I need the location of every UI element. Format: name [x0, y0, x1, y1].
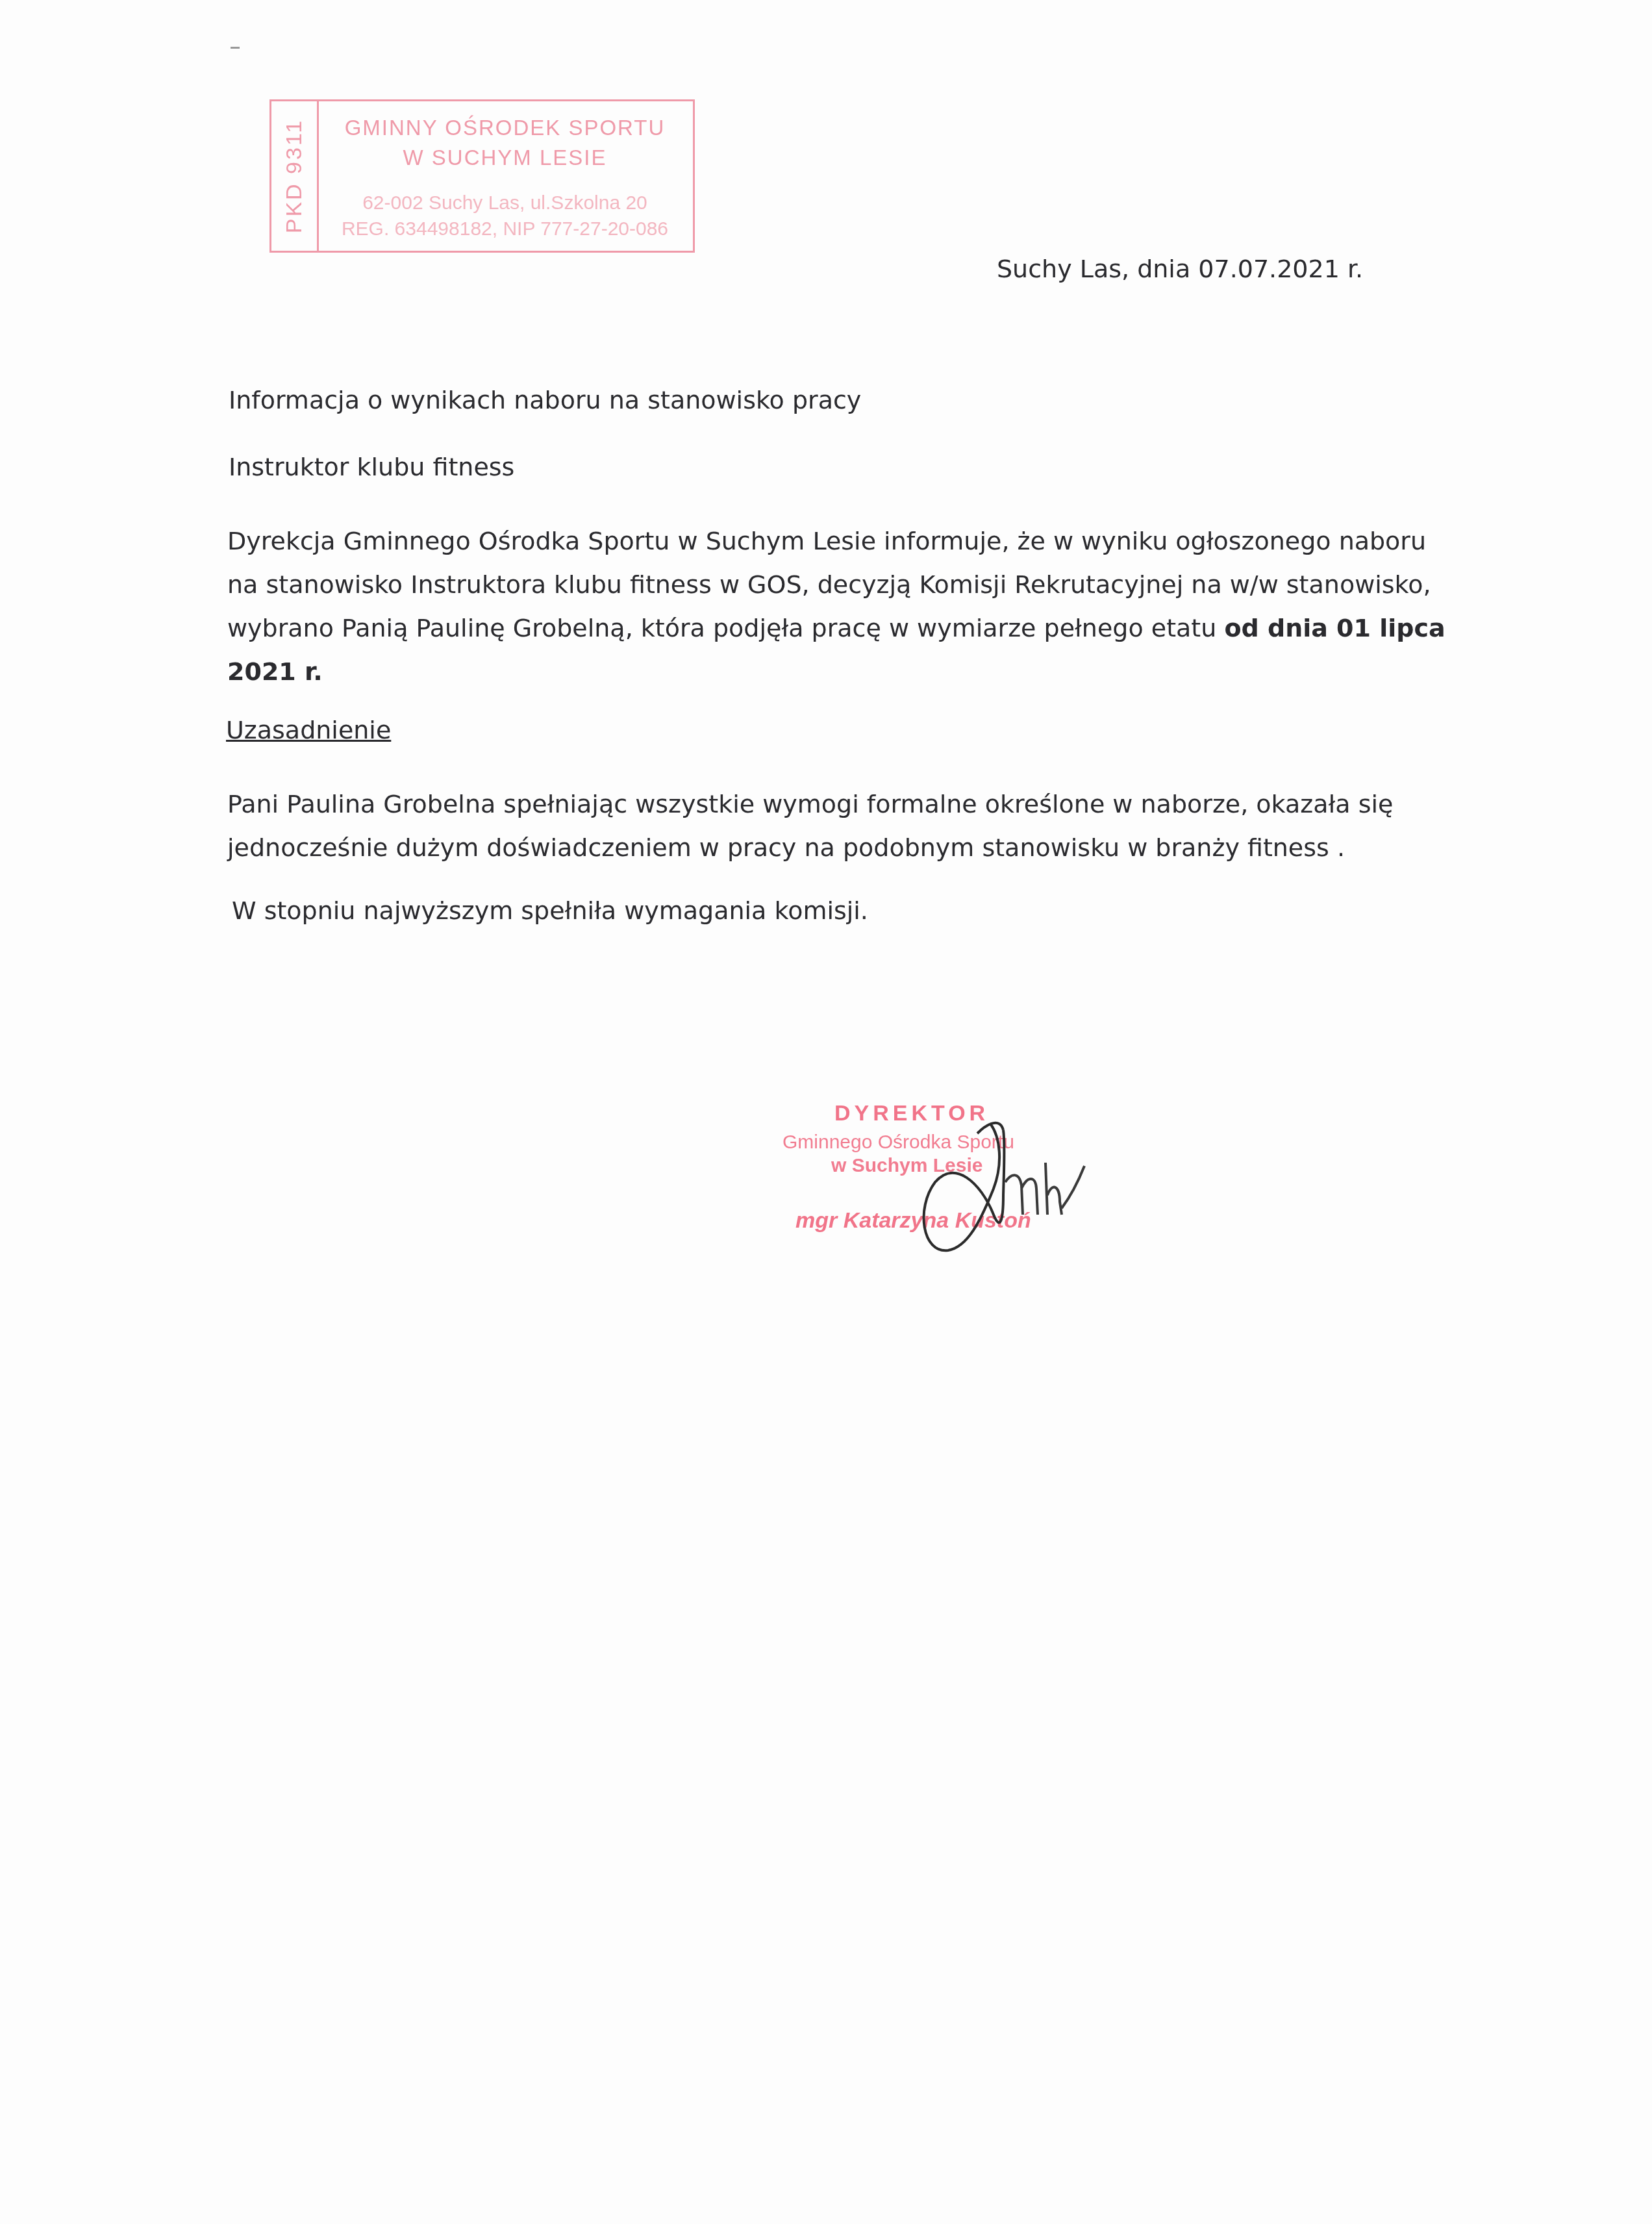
- justification-paragraph: Pani Paulina Grobelna spełniając wszystk…: [227, 783, 1396, 870]
- stamp-address: 62-002 Suchy Las, ul.Szkolna 20: [317, 192, 693, 214]
- date-line: Suchy Las, dnia 07.07.2021 r.: [997, 257, 1363, 281]
- announcement-paragraph: Dyrekcja Gminnego Ośrodka Sportu w Suchy…: [227, 520, 1448, 694]
- scan-artifact: [231, 47, 240, 49]
- director-stamp: DYREKTOR Gminnego Ośrodka Sportu w Suchy…: [773, 1098, 1110, 1260]
- document-title: Informacja o wynikach naboru na stanowis…: [229, 388, 861, 412]
- closing-sentence: W stopniu najwyższym spełniła wymagania …: [232, 898, 868, 923]
- stamp-pkd-code: PKD 9311: [282, 119, 307, 233]
- organization-stamp: PKD 9311 GMINNY OŚRODEK SPORTU W SUCHYM …: [269, 99, 695, 253]
- handwritten-signature: [890, 1111, 1123, 1260]
- position-name: Instruktor klubu fitness: [229, 455, 514, 479]
- stamp-registration: REG. 634498182, NIP 777-27-20-086: [317, 218, 693, 240]
- stamp-side-panel: PKD 9311: [271, 101, 319, 251]
- stamp-org-name: GMINNY OŚRODEK SPORTU: [317, 116, 693, 140]
- justification-heading: Uzasadnienie: [226, 718, 391, 742]
- stamp-org-location: W SUCHYM LESIE: [317, 145, 693, 170]
